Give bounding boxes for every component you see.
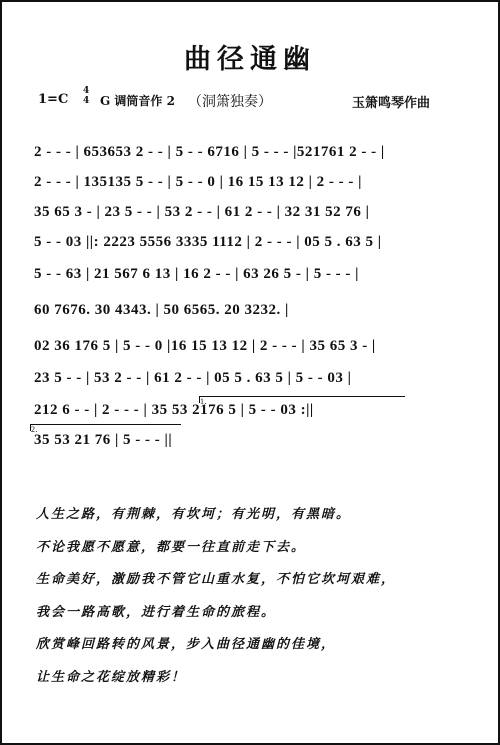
score-line-text: 35 65 3 - | 23 5 - - | 53 2 - - | 61 2 -… — [34, 204, 369, 221]
poem-line: 生命美好，激励我不管它山重水复，不怕它坎坷艰难， — [36, 570, 476, 603]
score-line-text: 2 - - - | 653653 2 - - | 5 - - 6716 | 5 … — [34, 144, 385, 161]
poem-line: 我会一路高歌，进行着生命的旅程。 — [36, 603, 476, 636]
poem-line: 欣赏峰回路转的风景，步入曲径通幽的佳境， — [36, 635, 476, 668]
score-line: 5 - - 03 ||: 2223 5556 3335 1112 | 2 - -… — [34, 232, 474, 264]
score-line-text: 35 53 21 76 | 5 - - - || — [34, 432, 172, 449]
jianpu-score: 2 - - - | 653653 2 - - | 5 - - 6716 | 5 … — [34, 142, 474, 460]
score-line: 2. 35 53 21 76 | 5 - - - || — [34, 430, 474, 460]
composer-credit: 玉箫鸣琴作曲 — [352, 92, 430, 111]
time-signature-bottom: 4 — [83, 96, 89, 106]
score-line: 5 - - 63 | 21 567 6 13 | 16 2 - - | 63 2… — [34, 264, 474, 300]
poem-text: 人生之路，有荆棘，有坎坷；有光明，有黑暗。 不论我愿不愿意，都要一往直前走下去。… — [36, 505, 476, 700]
score-line-text: 02 36 176 5 | 5 - - 0 |16 15 13 12 | 2 -… — [34, 338, 376, 355]
poem-line: 让生命之花绽放精彩！ — [36, 668, 476, 701]
score-line-text: 212 6 - - | 2 - - - | 35 53 2176 5 | 5 -… — [34, 402, 314, 419]
poem-line: 不论我愿不愿意，都要一往直前走下去。 — [36, 538, 476, 571]
time-signature: 4 4 — [83, 86, 89, 106]
song-title: 曲径通幽 — [2, 37, 498, 76]
score-line-text: 5 - - 63 | 21 567 6 13 | 16 2 - - | 63 2… — [34, 266, 359, 283]
score-line: 60 7676. 30 4343. | 50 6565. 20 3232. | — [34, 300, 474, 336]
instrument-label: （洞箫独奏） — [188, 91, 272, 111]
volta-bracket-2: 2. — [30, 424, 181, 431]
score-line-text: 60 7676. 30 4343. | 50 6565. 20 3232. | — [34, 302, 289, 319]
score-line-text: 23 5 - - | 53 2 - - | 61 2 - - | 05 5 . … — [34, 370, 351, 387]
poem-line: 人生之路，有荆棘，有坎坷；有光明，有黑暗。 — [36, 505, 476, 538]
score-line: 2 - - - | 135135 5 - - | 5 - - 0 | 16 15… — [34, 172, 474, 202]
score-line-text: 2 - - - | 135135 5 - - | 5 - - 0 | 16 15… — [34, 174, 362, 191]
score-line: 2 - - - | 653653 2 - - | 5 - - 6716 | 5 … — [34, 142, 474, 172]
score-line-text: 5 - - 03 ||: 2223 5556 3335 1112 | 2 - -… — [34, 234, 382, 251]
sheet-music-page: 曲径通幽 1=C 4 4 G 调筒音作 2 （洞箫独奏） 玉箫鸣琴作曲 2 - … — [0, 0, 500, 745]
tuning-note: G 调筒音作 2 — [100, 92, 175, 109]
key-signature: 1=C — [38, 92, 68, 107]
score-line: 35 65 3 - | 23 5 - - | 53 2 - - | 61 2 -… — [34, 202, 474, 232]
score-line: 02 36 176 5 | 5 - - 0 |16 15 13 12 | 2 -… — [34, 336, 474, 368]
time-signature-top: 4 — [83, 86, 89, 96]
